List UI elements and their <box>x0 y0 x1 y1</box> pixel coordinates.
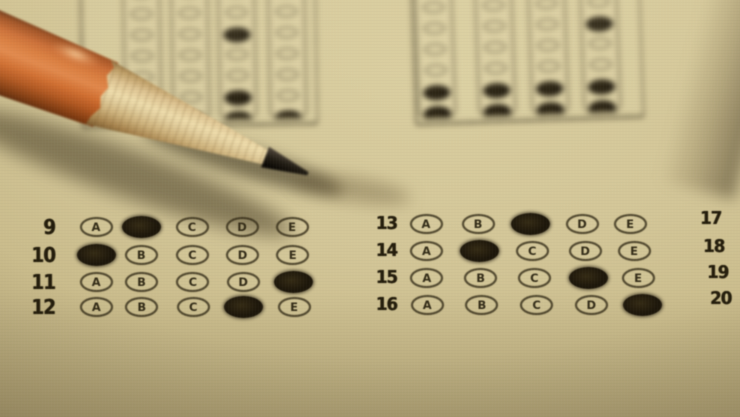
bubble-q12-a: A <box>80 297 113 317</box>
bubble-q12-d-filled <box>224 296 263 318</box>
bubble-q16-d: D <box>575 295 608 315</box>
bubble-q10-c: C <box>176 245 209 265</box>
bubble-q10-e: E <box>276 245 309 265</box>
question-number-19: 19 <box>707 263 740 283</box>
bubble-q14-e: E <box>618 241 651 261</box>
question-number-13: 13 <box>355 214 397 234</box>
bubble-q11-d: D <box>227 272 260 292</box>
question-number-10: 10 <box>13 245 55 265</box>
bubble-q13-e: E <box>614 214 647 234</box>
bubble-q11-a: A <box>80 272 113 292</box>
bubble-q12-e: E <box>278 297 311 317</box>
question-number-18: 18 <box>703 237 740 257</box>
bubble-q11-e-filled <box>274 271 313 293</box>
bubble-q16-c: C <box>520 295 553 315</box>
bubble-q15-c: C <box>518 268 551 288</box>
bubble-q14-d: D <box>569 241 602 261</box>
bubble-q13-c-filled <box>511 213 550 235</box>
bubble-q15-e: E <box>622 268 655 288</box>
question-number-15: 15 <box>355 268 397 288</box>
bubble-q11-b: B <box>125 272 158 292</box>
bubble-q12-c: C <box>177 297 210 317</box>
bubble-q10-d: D <box>226 245 259 265</box>
bubble-q16-b: B <box>465 295 498 315</box>
bubble-q15-d-filled <box>569 267 608 289</box>
bubble-q10-b: B <box>125 245 158 265</box>
bubble-q13-a: A <box>410 214 443 234</box>
bubble-q15-a: A <box>410 268 443 288</box>
question-number-17: 17 <box>700 209 739 229</box>
bubble-q9-b-filled <box>122 216 161 238</box>
bubble-q14-a: A <box>410 241 443 261</box>
question-number-14: 14 <box>355 241 397 261</box>
question-number-16: 16 <box>355 295 397 315</box>
bubble-q15-b: B <box>464 268 497 288</box>
scantron-photo: 9ACDE10BCDE11ABCD12ABCE13ABDE14ACDE15ABC… <box>0 0 740 417</box>
question-number-20: 20 <box>710 289 740 309</box>
bubble-q9-a: A <box>80 217 113 237</box>
bubble-q10-a-filled <box>77 244 116 266</box>
bubble-q14-c: C <box>516 241 549 261</box>
question-number-11: 11 <box>13 272 55 292</box>
bubble-q11-c: C <box>176 272 209 292</box>
question-number-12: 12 <box>13 297 55 317</box>
bubble-q12-b: B <box>125 297 158 317</box>
bubble-q16-e-filled <box>623 294 662 316</box>
bubble-q13-b: B <box>462 214 495 234</box>
question-number-9: 9 <box>13 217 55 237</box>
bubble-q13-d: D <box>566 214 599 234</box>
bubble-q14-b-filled <box>460 240 499 262</box>
bubble-q16-a: A <box>411 295 444 315</box>
